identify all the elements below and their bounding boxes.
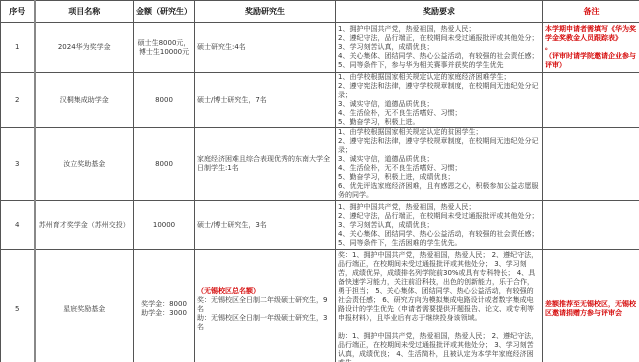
table-row: 3 汝立奖助基金 8000 家庭经济困难且综合表现优秀的东南大学全日制学生:1名… <box>1 128 639 201</box>
requirement-item: 3、学习刻苦认真，成绩优良； <box>338 43 540 52</box>
recipients-line: 硕士/博士研究生，3名 <box>197 221 333 230</box>
header-row: 序号 项目名称 金额（研究生） 奖励研究生 奖励要求 备注 <box>1 1 639 23</box>
amount: 硕士生8000元， 博士生10000元 <box>134 23 195 73</box>
row-index: 2 <box>1 73 35 128</box>
note-line: 。 <box>545 43 638 52</box>
header-project-name: 项目名称 <box>35 1 134 23</box>
requirement-item: 6、优先评选家庭经济困难，且有感恩之心，积极参加公益志愿服务的同学。 <box>338 182 540 200</box>
header-amount: 金额（研究生） <box>134 1 195 23</box>
requirements: 1、拥护中国共产党，热爱祖国，热爱人民； 2、遵纪守法，品行端正，在校期间未受过… <box>336 201 543 250</box>
recipients: 硕士/博士研究生，3名 <box>195 201 336 250</box>
project-name: 汝立奖助基金 <box>35 128 134 201</box>
recipients-line: 硕士/博士研究生，7名 <box>197 96 333 105</box>
notes: 本学期申请者需填写《华为奖学金奖教金人员跟踪表》 。 （评审时请学院邀请企业参与… <box>543 23 639 73</box>
requirement-item: 4、关心集体、团结同学、热心公益活动，有较强的社会责任感； <box>338 52 540 61</box>
requirement-item: 2、遵纪守法，品行端正，在校期间未受过通报批评或其他处分； <box>338 212 540 221</box>
header-index: 序号 <box>1 1 35 23</box>
header-recipients: 奖励研究生 <box>195 1 336 23</box>
requirement-item: 4、生活俭朴，无不良生活嗜好、习惯； <box>338 164 540 173</box>
row-index: 1 <box>1 23 35 73</box>
amount: 奖学金：8000 助学金：3000 <box>134 250 195 362</box>
requirement-item: 5、勤奋学习，积极上进。 <box>338 118 540 127</box>
project-name: 汉桐集成助学金 <box>35 73 134 128</box>
amount: 10000 <box>134 201 195 250</box>
requirement-item: 5、同等条件下，生活困难的学生优先。 <box>338 239 540 248</box>
amount-line: 博士生10000元 <box>136 48 192 57</box>
requirement-item: 3、诚实守信，道德品质优良； <box>338 100 540 109</box>
table-row: 4 苏州育才奖学金（苏州交投） 10000 硕士/博士研究生，3名 1、拥护中国… <box>1 201 639 250</box>
recipients: 硕士研究生:4名 <box>195 23 336 73</box>
amount: 8000 <box>134 73 195 128</box>
notes <box>543 73 639 128</box>
note-line: 差额推荐至无锡校区，无锡校区邀请捐赠方参与评审会 <box>545 300 638 318</box>
row-index: 4 <box>1 201 35 250</box>
requirement-item: 2、遵纪守法，品行端正，在校期间未受过通报批评或其他处分； <box>338 34 540 43</box>
requirement-item: 1、由学校根据国家相关规定认定的贫困学生； <box>338 128 540 137</box>
recipients: 家庭经济困难且综合表现优秀的东南大学全日制学生:1名 <box>195 128 336 201</box>
requirement-item: 2、遵守宪法和法律，遵守学校规章制度，在校期间无违纪处分记录； <box>338 137 540 155</box>
requirements: 奖：1、拥护中国共产党，热爱祖国，热爱人民； 2、遵纪守法，品行端正，在校期间未… <box>336 250 543 362</box>
recipients-title: （无锡校区总名额） <box>197 287 333 296</box>
row-index: 3 <box>1 128 35 201</box>
amount: 8000 <box>134 128 195 201</box>
table-row: 5 星宸奖励基金 奖学金：8000 助学金：3000 （无锡校区总名额） 奖：无… <box>1 250 639 362</box>
table-row: 2 汉桐集成助学金 8000 硕士/博士研究生，7名 1、由学校根据国家相关规定… <box>1 73 639 128</box>
requirement-item: 5、同等条件下，参与华为相关赛事并获奖的学生优先 <box>338 61 540 70</box>
header-notes: 备注 <box>543 1 639 23</box>
requirements: 1、由学校根据国家相关规定认定的家庭经济困难学生； 2、遵守宪法和法律，遵守学校… <box>336 73 543 128</box>
notes: 差额推荐至无锡校区，无锡校区邀请捐赠方参与评审会 <box>543 250 639 362</box>
project-name: 星宸奖励基金 <box>35 250 134 362</box>
scholarship-table: 序号 项目名称 金额（研究生） 奖励研究生 奖励要求 备注 1 2024华为奖学… <box>0 0 639 362</box>
notes <box>543 201 639 250</box>
recipients: 硕士/博士研究生，7名 <box>195 73 336 128</box>
requirement-item: 4、生活俭朴，无不良生活嗜好、习惯； <box>338 109 540 118</box>
header-requirements: 奖励要求 <box>336 1 543 23</box>
recipients-line: 奖：无锡校区全日制二年级硕士研究生，9名 <box>197 296 333 314</box>
recipients-line: 助：无锡校区全日制一年级硕士研究生，3名 <box>197 314 333 332</box>
requirement-item: 2、遵守宪法和法律，遵守学校规章制度，在校期间无违纪处分记录； <box>338 82 540 100</box>
notes <box>543 128 639 201</box>
requirement-item: 奖：1、拥护中国共产党，热爱祖国，热爱人民； 2、遵纪守法，品行端正，在校期间未… <box>338 251 540 323</box>
table-row: 1 2024华为奖学金 硕士生8000元， 博士生10000元 硕士研究生:4名… <box>1 23 639 73</box>
amount-line: 8000 <box>136 160 192 169</box>
requirement-item: 3、学习刻苦认真，成绩优良； <box>338 221 540 230</box>
requirement-item: 1、拥护中国共产党，热爱祖国，热爱人民； <box>338 25 540 34</box>
project-name: 苏州育才奖学金（苏州交投） <box>35 201 134 250</box>
amount-line: 10000 <box>136 221 192 230</box>
requirement-item: 5、勤奋学习，积极上进，成绩优良； <box>338 173 540 182</box>
requirements: 1、由学校根据国家相关规定认定的贫困学生； 2、遵守宪法和法律，遵守学校规章制度… <box>336 128 543 201</box>
requirement-item: 3、诚实守信，道德品质优良； <box>338 155 540 164</box>
amount-line: 硕士生8000元， <box>136 39 192 48</box>
recipients-line: 家庭经济困难且综合表现优秀的东南大学全日制学生:1名 <box>197 155 333 173</box>
requirement-item: 4、关心集体、团结同学、热心公益活动，有较强的社会责任感； <box>338 230 540 239</box>
requirement-item: 1、拥护中国共产党，热爱祖国，热爱人民； <box>338 203 540 212</box>
recipients: （无锡校区总名额） 奖：无锡校区全日制二年级硕士研究生，9名 助：无锡校区全日制… <box>195 250 336 362</box>
project-name: 2024华为奖学金 <box>35 23 134 73</box>
amount-line: 8000 <box>136 96 192 105</box>
note-line: 本学期申请者需填写《华为奖学金奖教金人员跟踪表》 <box>545 25 638 43</box>
requirement-item: 助：1、拥护中国共产党，热爱祖国，热爱人民； 2、遵纪守法，品行端正，在校期间未… <box>338 332 540 362</box>
recipients-line: 硕士研究生:4名 <box>197 43 333 52</box>
requirement-item: 1、由学校根据国家相关规定认定的家庭经济困难学生； <box>338 73 540 82</box>
row-index: 5 <box>1 250 35 362</box>
requirements: 1、拥护中国共产党，热爱祖国，热爱人民； 2、遵纪守法，品行端正，在校期间未受过… <box>336 23 543 73</box>
amount-line: 奖学金：8000 <box>136 300 192 309</box>
note-line: （评审时请学院邀请企业参与评审） <box>545 52 638 70</box>
amount-line: 助学金：3000 <box>136 309 192 318</box>
spacer <box>338 323 540 332</box>
